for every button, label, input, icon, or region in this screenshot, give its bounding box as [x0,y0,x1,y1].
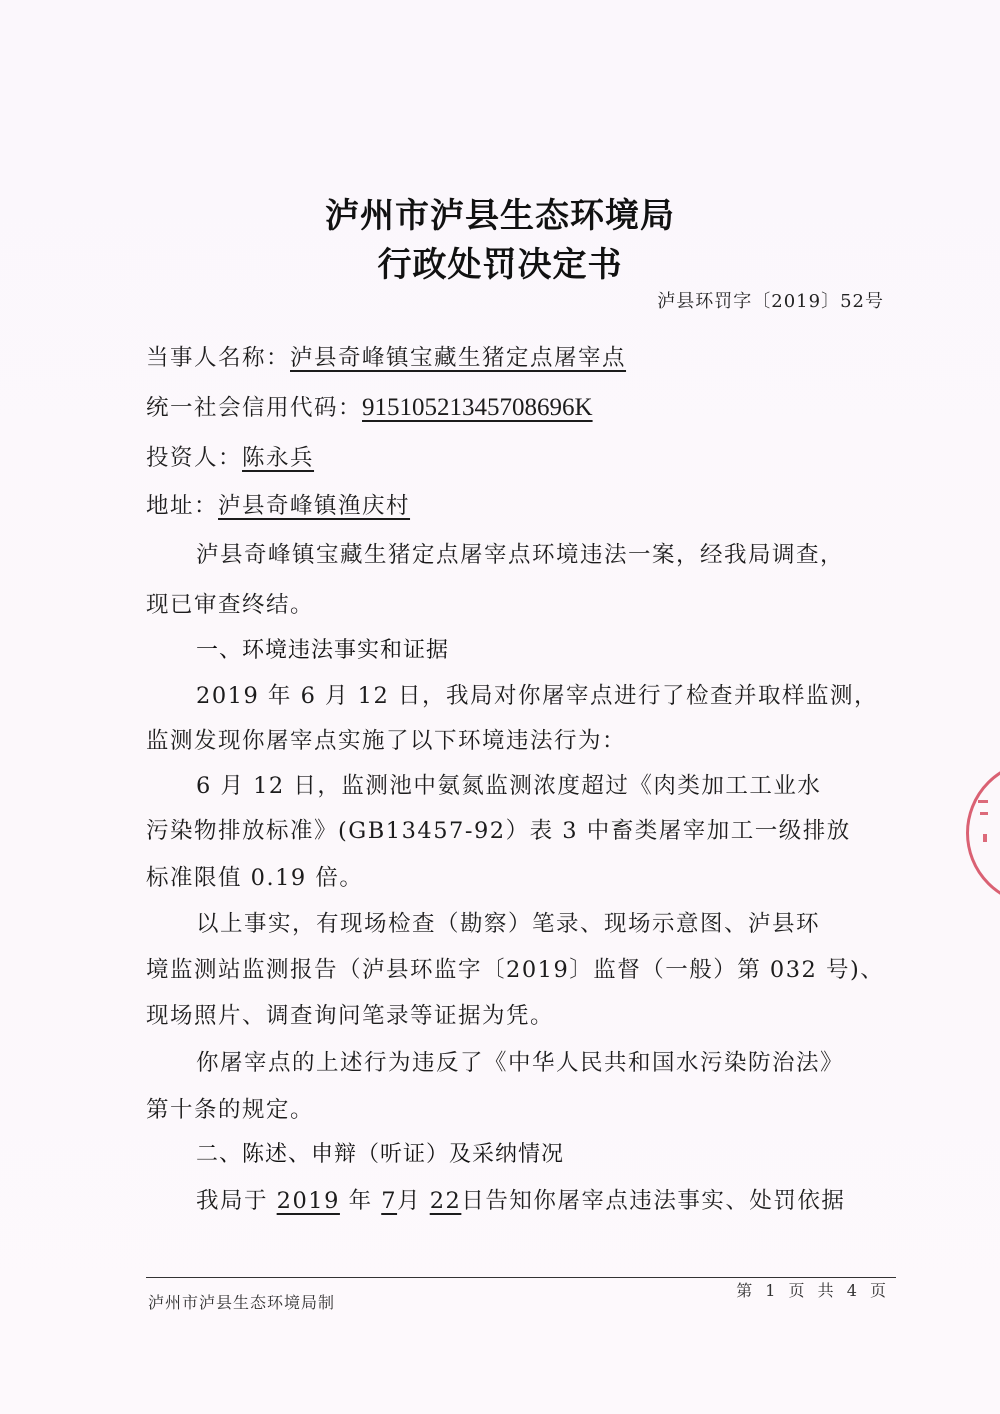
intro-line-1: 泸县奇峰镇宝藏生猪定点屠宰点环境违法一案，经我局调查， [196,537,844,569]
address-row: 地址：泸县奇峰镇渔庆村 [146,488,410,520]
seal-mark-icon [980,812,988,815]
official-seal-icon [966,760,1000,906]
p2-line-2: 污染物排放标准》(GB13457-92）表 3 中畜类屠宰加工一级排放 [146,813,851,845]
seal-mark-icon [978,800,988,803]
address-label: 地址： [146,493,218,519]
section-2-heading: 二、陈述、申辩（听证）及采纳情况 [196,1137,564,1168]
document-title-type: 行政处罚决定书 [0,237,1000,286]
investor-row: 投资人：陈永兵 [146,440,314,472]
p3-line-1: 以上事实，有现场检查（勘察）笔录、现场示意图、泸县环 [196,906,820,938]
p5-line-1: 我局于 2019 年 7月 22日告知你屠宰点违法事实、处罚依据 [196,1183,845,1215]
credit-code-value: 91510521345708696K [362,394,593,421]
address-value: 泸县奇峰镇渔庆村 [218,493,410,519]
investor-label: 投资人： [146,445,242,471]
p5-rest: 日告知你屠宰点违法事实、处罚依据 [461,1188,845,1214]
p2-line-3: 标准限值 0.19 倍。 [146,860,363,892]
notice-day: 22 [430,1188,462,1214]
credit-code-row: 统一社会信用代码：91510521345708696K [146,390,593,422]
credit-code-label: 统一社会信用代码： [146,395,362,421]
party-name-row: 当事人名称：泸县奇峰镇宝藏生猪定点屠宰点 [146,340,626,372]
document-number: 泸县环罚字〔2019〕52号 [657,287,884,313]
p1-line-2: 监测发现你屠宰点实施了以下环境违法行为： [146,723,626,755]
party-name-value: 泸县奇峰镇宝藏生猪定点屠宰点 [290,345,626,371]
notice-month: 7 [381,1188,397,1214]
p4-line-2: 第十条的规定。 [146,1092,314,1124]
p5-month-suffix: 月 [397,1188,430,1214]
footer-page-info: 第 1 页 共 4 页 [736,1278,890,1301]
investor-value: 陈永兵 [242,445,314,471]
p4-line-1: 你屠宰点的上述行为违反了《中华人民共和国水污染防治法》 [196,1045,844,1077]
intro-line-2: 现已审查终结。 [146,587,314,619]
notice-year: 2019 [277,1188,340,1214]
p5-prefix: 我局于 [196,1188,277,1214]
document-page: 泸州市泸县生态环境局 行政处罚决定书 泸县环罚字〔2019〕52号 当事人名称：… [0,0,1000,1414]
p1-line-1: 2019 年 6 月 12 日，我局对你屠宰点进行了检查并取样监测， [196,678,878,710]
seal-mark-icon [983,834,987,842]
party-name-label: 当事人名称： [146,345,290,371]
p2-line-1: 6 月 12 日，监测池中氨氮监测浓度超过《肉类加工工业水 [196,768,821,800]
p3-line-3: 现场照片、调查询问笔录等证据为凭。 [146,998,554,1030]
section-1-heading: 一、环境违法事实和证据 [196,633,449,664]
footer-issuer: 泸州市泸县生态环境局制 [148,1290,335,1313]
document-title-agency: 泸州市泸县生态环境局 [0,188,1000,237]
p3-line-2: 境监测站监测报告（泸县环监字〔2019〕监督（一般）第 032 号)、 [146,952,884,984]
p5-year-suffix: 年 [340,1188,381,1214]
